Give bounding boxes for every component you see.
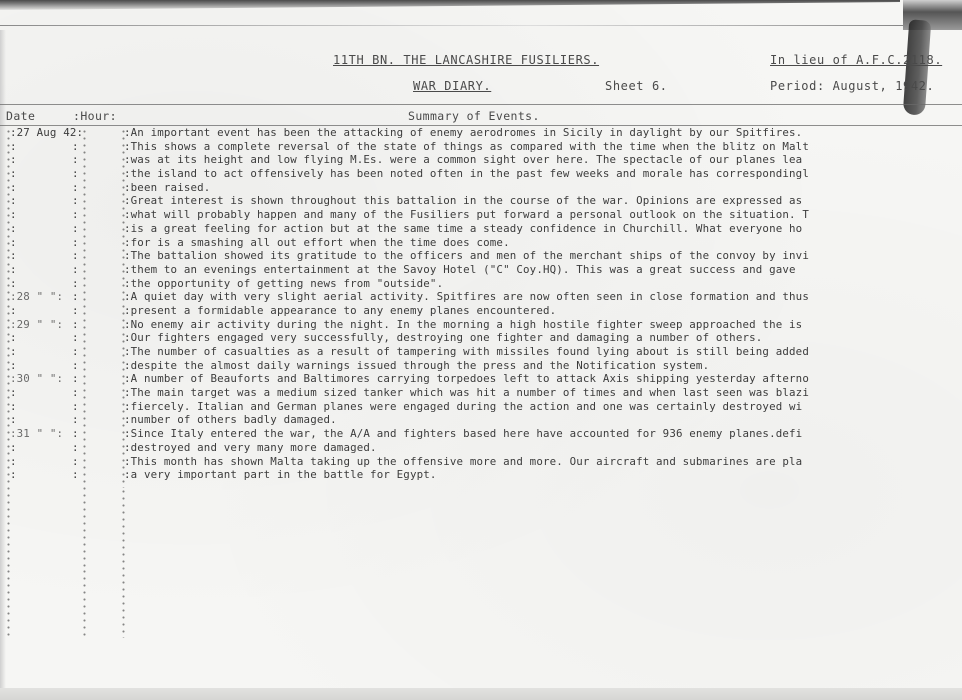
entry-text: :The main target was a medium sized tank… xyxy=(124,386,962,400)
entry-date: : xyxy=(10,455,72,469)
entry-date: : xyxy=(10,304,72,318)
entry-date: : xyxy=(10,468,72,482)
entry-date: : xyxy=(10,331,72,345)
entry-date: : xyxy=(10,140,72,154)
diary-line: :::number of others badly damaged. xyxy=(0,413,962,427)
entry-hour: : xyxy=(72,427,112,441)
diary-line: :29 " ":::No enemy air activity during t… xyxy=(0,318,962,332)
diary-line: :::the island to act offensively has bee… xyxy=(0,167,962,181)
entry-date: : xyxy=(10,359,72,373)
scan-top-rule xyxy=(0,25,962,26)
diary-line: :::The main target was a medium sized ta… xyxy=(0,386,962,400)
entry-hour: : xyxy=(72,359,112,373)
entry-hour: : xyxy=(72,345,112,359)
table-header-top-rule xyxy=(0,104,962,105)
diary-line: :::a very important part in the battle f… xyxy=(0,468,962,482)
entry-date: : xyxy=(10,194,72,208)
entry-text: :fiercely. Italian and German planes wer… xyxy=(124,400,962,414)
diary-line: :30 " ":::A number of Beauforts and Balt… xyxy=(0,372,962,386)
entry-hour: : xyxy=(72,249,112,263)
tag-strip xyxy=(903,19,932,115)
entry-text: :Since Italy entered the war, the A/A an… xyxy=(124,427,962,441)
diary-line: :::The battalion showed its gratitude to… xyxy=(0,249,962,263)
diary-line: :27 Aug 42::An important event has been … xyxy=(0,126,962,140)
date-column-separator xyxy=(7,568,10,638)
diary-line: :::destroyed and very many more damaged. xyxy=(0,441,962,455)
entry-text: :a very important part in the battle for… xyxy=(124,468,962,482)
hour-column-separator xyxy=(83,568,86,638)
entry-text: :Our fighters engaged very successfully,… xyxy=(124,331,962,345)
entry-text: :This month has shown Malta taking up th… xyxy=(124,455,962,469)
diary-line: :::been raised. xyxy=(0,181,962,195)
entry-date: :29 " ": xyxy=(10,318,72,332)
diary-line: :::was at its height and low flying M.Es… xyxy=(0,153,962,167)
entry-text: :destroyed and very many more damaged. xyxy=(124,441,962,455)
unit-title: 11TH BN. THE LANCASHIRE FUSILIERS. xyxy=(333,53,599,67)
diary-line: :::is a great feeling for action but at … xyxy=(0,222,962,236)
entry-text: :the opportunity of getting news from "o… xyxy=(124,277,962,291)
entry-hour: : xyxy=(72,290,112,304)
entry-hour: : xyxy=(72,468,112,482)
entry-date: :30 " ": xyxy=(10,372,72,386)
entry-hour: : xyxy=(72,194,112,208)
column-header-summary: Summary of Events. xyxy=(408,109,540,123)
entry-date: : xyxy=(10,167,72,181)
diary-line: :31 " ":::Since Italy entered the war, t… xyxy=(0,427,962,441)
diary-line: :::This month has shown Malta taking up … xyxy=(0,455,962,469)
diary-line: :::for is a smashing all out effort when… xyxy=(0,236,962,250)
entry-text: :A number of Beauforts and Baltimores ca… xyxy=(124,372,962,386)
scan-top-shadow xyxy=(0,0,900,10)
entry-text: :The battalion showed its gratitude to t… xyxy=(124,249,962,263)
entry-hour: : xyxy=(72,455,112,469)
entry-hour: : xyxy=(72,400,112,414)
entry-hour: : xyxy=(72,441,112,455)
entry-date: : xyxy=(10,400,72,414)
column-header-hour: :Hour: xyxy=(73,109,117,123)
entry-text: :them to an evenings entertainment at th… xyxy=(124,263,962,277)
scan-bottom-edge xyxy=(0,688,962,700)
entry-hour: : xyxy=(72,386,112,400)
entry-text: :is a great feeling for action but at th… xyxy=(124,222,962,236)
entry-text: :No enemy air activity during the night.… xyxy=(124,318,962,332)
entry-date: : xyxy=(10,153,72,167)
entry-text: :despite the almost daily warnings issue… xyxy=(124,359,962,373)
entry-date: : xyxy=(10,208,72,222)
entry-hour: : xyxy=(72,222,112,236)
diary-line: :::fiercely. Italian and German planes w… xyxy=(0,400,962,414)
entry-hour: : xyxy=(72,236,112,250)
entry-date: : xyxy=(10,249,72,263)
entry-hour: : xyxy=(72,153,112,167)
entry-date: : xyxy=(10,386,72,400)
entry-date: : xyxy=(10,413,72,427)
diary-line: :::The number of casualties as a result … xyxy=(0,345,962,359)
entry-text: :A quiet day with very slight aerial act… xyxy=(124,290,962,304)
entry-text: :what will probably happen and many of t… xyxy=(124,208,962,222)
diary-line: :28 " ":::A quiet day with very slight a… xyxy=(0,290,962,304)
entry-text: :was at its height and low flying M.Es. … xyxy=(124,153,962,167)
diary-line: :::what will probably happen and many of… xyxy=(0,208,962,222)
summary-column-separator xyxy=(122,488,125,638)
entry-hour: : xyxy=(72,140,112,154)
document-title: WAR DIARY. xyxy=(413,79,491,93)
entry-hour: : xyxy=(72,413,112,427)
diary-entries: :27 Aug 42::An important event has been … xyxy=(0,126,962,482)
diary-line: :::This shows a complete reversal of the… xyxy=(0,140,962,154)
entry-date: : xyxy=(10,236,72,250)
entry-date: : xyxy=(10,345,72,359)
entry-hour: : xyxy=(72,263,112,277)
diary-line: :::them to an evenings entertainment at … xyxy=(0,263,962,277)
entry-hour: : xyxy=(72,181,112,195)
diary-line: :::despite the almost daily warnings iss… xyxy=(0,359,962,373)
entry-text: :been raised. xyxy=(124,181,962,195)
entry-date: : xyxy=(10,441,72,455)
period: Period: August, 1942. xyxy=(770,79,934,93)
sheet-number: Sheet 6. xyxy=(605,79,668,93)
diary-line: :::present a formidable appearance to an… xyxy=(0,304,962,318)
entry-hour: : xyxy=(72,372,112,386)
entry-text: :The number of casualties as a result of… xyxy=(124,345,962,359)
entry-date: :31 " ": xyxy=(10,427,72,441)
entry-text: :for is a smashing all out effort when t… xyxy=(124,236,962,250)
entry-hour: : xyxy=(72,277,112,291)
war-diary-page: 11TH BN. THE LANCASHIRE FUSILIERS. In li… xyxy=(0,0,962,700)
entry-hour: : xyxy=(72,331,112,345)
entry-date: :27 Aug 42: xyxy=(10,126,72,140)
entry-hour: : xyxy=(72,318,112,332)
entry-date: : xyxy=(10,181,72,195)
entry-hour: : xyxy=(72,304,112,318)
entry-text: :An important event has been the attacki… xyxy=(124,126,962,140)
entry-text: :Great interest is shown throughout this… xyxy=(124,194,962,208)
column-header-date: Date xyxy=(6,109,35,123)
entry-text: :the island to act offensively has been … xyxy=(124,167,962,181)
entry-date: : xyxy=(10,263,72,277)
diary-line: :::Great interest is shown throughout th… xyxy=(0,194,962,208)
form-reference: In lieu of A.F.C.2118. xyxy=(770,53,942,67)
entry-text: :number of others badly damaged. xyxy=(124,413,962,427)
entry-date: :28 " ": xyxy=(10,290,72,304)
diary-line: :::Our fighters engaged very successfull… xyxy=(0,331,962,345)
entry-date: : xyxy=(10,222,72,236)
entry-hour: : xyxy=(72,167,112,181)
entry-text: :present a formidable appearance to any … xyxy=(124,304,962,318)
entry-hour: : xyxy=(72,208,112,222)
entry-text: :This shows a complete reversal of the s… xyxy=(124,140,962,154)
diary-line: :::the opportunity of getting news from … xyxy=(0,277,962,291)
entry-date: : xyxy=(10,277,72,291)
